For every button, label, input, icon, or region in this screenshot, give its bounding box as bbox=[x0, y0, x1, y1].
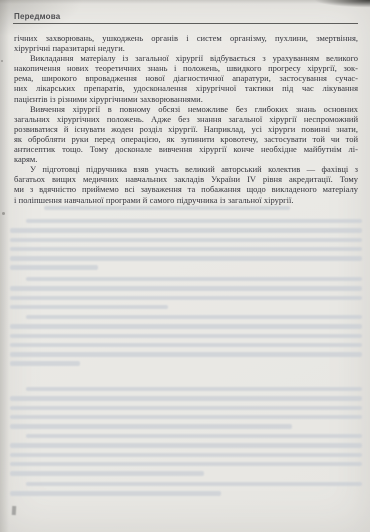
bleed-line bbox=[26, 434, 362, 438]
bleed-line bbox=[10, 443, 362, 447]
text-line: як обробляти руки перед операцією, як зу… bbox=[14, 134, 358, 144]
paragraph: У підготовці підручника взяв участь вели… bbox=[14, 164, 358, 204]
bleed-line bbox=[10, 406, 362, 410]
bleed-line bbox=[10, 247, 362, 251]
text-line: багатьох вищих медичних навчальних закла… bbox=[14, 174, 358, 184]
bleed-line bbox=[10, 324, 362, 328]
bleed-line bbox=[10, 424, 292, 428]
text-line: накопичення нових теоретичних знань і по… bbox=[14, 63, 358, 73]
bleed-line bbox=[10, 238, 362, 242]
bleed-paragraph bbox=[10, 482, 362, 501]
bleed-line bbox=[10, 352, 362, 356]
body-text: гічних захворювань, ушкоджень органів і … bbox=[14, 33, 358, 205]
page-number-bleed-mark bbox=[12, 506, 16, 515]
bleed-line bbox=[10, 265, 98, 269]
paragraph: Вивчення хірургії в повному обсязі немож… bbox=[14, 104, 358, 165]
bleed-line bbox=[10, 334, 362, 338]
bleed-line bbox=[10, 396, 362, 400]
bleed-line bbox=[10, 286, 362, 290]
paragraph: Викладання матеріалу із загальної хірург… bbox=[14, 53, 358, 103]
bleed-paragraph bbox=[10, 434, 362, 480]
bleed-line bbox=[10, 296, 362, 300]
bleed-line bbox=[10, 343, 362, 347]
bleed-line bbox=[10, 415, 362, 419]
scan-shadow-top-edge bbox=[0, 0, 370, 4]
bleed-line bbox=[26, 277, 362, 281]
bleed-line bbox=[10, 305, 168, 309]
bleed-line bbox=[10, 491, 221, 495]
bleed-line bbox=[44, 206, 290, 210]
text-line: У підготовці підручника взяв участь вели… bbox=[14, 164, 358, 174]
text-line: розвиватися й існувати жоден розділ хіру… bbox=[14, 124, 358, 134]
text-line: антисептик тощо. Тому досконале вивчення… bbox=[14, 144, 358, 154]
bleed-line bbox=[10, 471, 204, 475]
bleed-line bbox=[10, 453, 362, 457]
bleed-paragraph bbox=[10, 206, 362, 215]
scan-speck bbox=[1, 60, 3, 62]
bleed-paragraph bbox=[10, 315, 362, 371]
text-line: пацієнтів із різними хірургічними захвор… bbox=[14, 94, 358, 104]
bleed-paragraph bbox=[10, 277, 362, 314]
bleed-line bbox=[26, 219, 362, 223]
scan-speck bbox=[2, 212, 5, 215]
bleed-line bbox=[10, 361, 80, 365]
scan-shadow-top-left bbox=[0, 0, 110, 46]
text-line: Викладання матеріалу із загальної хірург… bbox=[14, 53, 358, 63]
scan-shadow-left-edge bbox=[0, 0, 9, 532]
text-line: них лікарських препаратів, удосконалення… bbox=[14, 83, 358, 93]
bleed-line bbox=[10, 228, 362, 232]
text-line: рема, широкого впровадження нової діагно… bbox=[14, 73, 358, 83]
bleed-paragraph bbox=[10, 387, 362, 433]
bleed-line bbox=[10, 462, 362, 466]
bleed-line bbox=[10, 256, 362, 260]
text-line: і поліпшення навчальної програми й самог… bbox=[14, 195, 358, 205]
text-line: Вивчення хірургії в повному обсязі немож… bbox=[14, 104, 358, 114]
bleed-paragraph bbox=[10, 219, 362, 275]
scanned-book-page: Передмова гічних захворювань, ушкоджень … bbox=[0, 0, 370, 532]
text-line: ми з вдячністю приймемо всі зауваження т… bbox=[14, 184, 358, 194]
text-line: карям. bbox=[14, 154, 358, 164]
bleed-line bbox=[26, 387, 362, 391]
bleed-line bbox=[26, 315, 362, 319]
text-line: загальних хірургічних положень. Адже без… bbox=[14, 114, 358, 124]
bleed-line bbox=[26, 482, 362, 486]
